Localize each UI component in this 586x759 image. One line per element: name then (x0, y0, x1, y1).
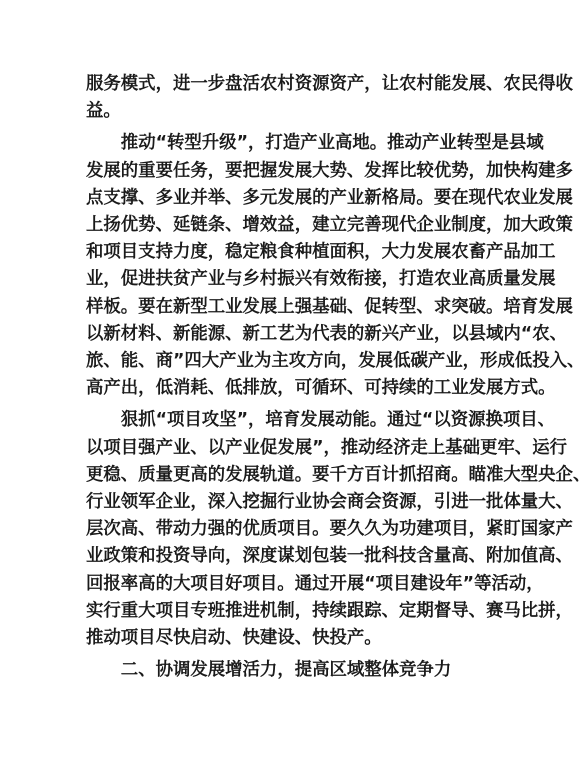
text-line: 上扬优势、延链条、增效益，建立完善现代企业制度，加大政策 (86, 212, 502, 239)
text-line: 业政策和投资导向，深度谋划包装一批科技含量高、附加值高、 (86, 543, 502, 570)
paragraph-transformation-upgrade: 推动“转型升级”，打造产业高地。推动产业转型是县域 发展的重要任务，要把握发展大… (86, 130, 502, 402)
text-line: 和项目支持力度，稳定粮食种植面积，大力发展农畜产品加工 (86, 239, 502, 266)
paragraph-project-push: 狠抓“项目攻坚”，培育发展动能。通过“以资源换项目、 以项目强产业、以产业促发展… (86, 407, 502, 652)
text-line: 发展的重要任务，要把握发展大势、发挥比较优势，加快构建多 (86, 158, 502, 185)
text-line: 更稳、质量更高的发展轨道。要千方百计抓招商。瞄准大型央企、 (86, 462, 502, 489)
text-line: 旅、能、商”四大产业为主攻方向，发展低碳产业，形成低投入、 (86, 348, 502, 375)
text-line: 推动“转型升级”，打造产业高地。推动产业转型是县域 (86, 130, 502, 157)
text-line: 回报率高的大项目好项目。通过开展“项目建设年”等活动， (86, 571, 502, 598)
text-line: 业，促进扶贫产业与乡村振兴有效衔接，打造农业高质量发展 (86, 266, 502, 293)
text-line: 点支撑、多业并举、多元发展的产业新格局。要在现代农业发展 (86, 185, 502, 212)
paragraph-rural-services: 服务模式，进一步盘活农村资源资产，让农村能发展、农民得收 益。 (86, 71, 502, 125)
text-line: 实行重大项目专班推进机制，持续跟踪、定期督导、赛马比拼， (86, 598, 502, 625)
text-line: 高产出，低消耗、低排放，可循环、可持续的工业发展方式。 (86, 375, 502, 402)
section-heading: 二、协调发展增活力，提高区域整体竞争力 (86, 657, 502, 684)
document-page: 服务模式，进一步盘活农村资源资产，让农村能发展、农民得收 益。 推动“转型升级”… (86, 71, 502, 684)
text-line: 行业领军企业，深入挖掘行业协会商会资源，引进一批体量大、 (86, 489, 502, 516)
text-line: 以项目强产业、以产业促发展”，推动经济走上基础更牢、运行 (86, 435, 502, 462)
text-line: 益。 (86, 98, 502, 125)
text-line: 服务模式，进一步盘活农村资源资产，让农村能发展、农民得收 (86, 71, 502, 98)
text-line: 样板。要在新型工业发展上强基础、促转型、求突破。培育发展 (86, 294, 502, 321)
text-line: 推动项目尽快启动、快建设、快投产。 (86, 625, 502, 652)
text-line: 层次高、带动力强的优质项目。要久久为功建项目，紧盯国家产 (86, 516, 502, 543)
text-line: 狠抓“项目攻坚”，培育发展动能。通过“以资源换项目、 (86, 407, 502, 434)
text-line: 以新材料、新能源、新工艺为代表的新兴产业，以县域内“农、 (86, 321, 502, 348)
